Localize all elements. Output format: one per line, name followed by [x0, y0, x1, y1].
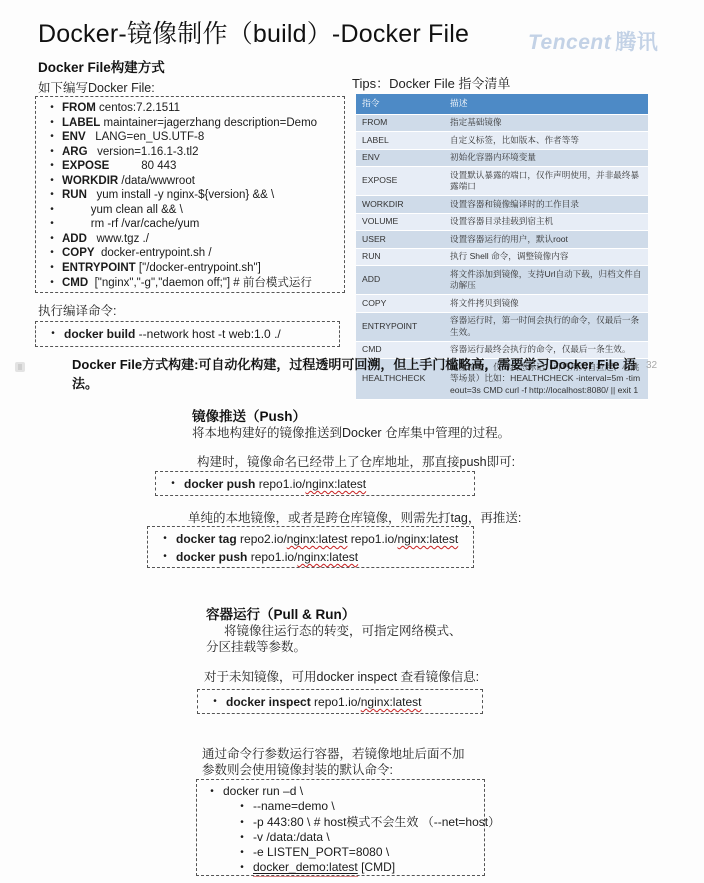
- dockerfile-value: LANG=en_US.UTF-8: [86, 130, 205, 145]
- run-command-line: •-e LISTEN_PORT=8080 \: [201, 845, 480, 860]
- bullet-icon: •: [42, 174, 62, 189]
- table-row: USER设置容器运行的用户，默认root: [356, 231, 648, 249]
- cell-desc: 设置容器目录挂载到宿主机: [444, 213, 648, 231]
- compile-command-label: 执行编译命令:: [38, 301, 116, 319]
- push-section-desc: 将本地构建好的镜像推送到Docker 仓库集中管理的过程。: [192, 423, 510, 441]
- cell-cmd: LABEL: [356, 132, 444, 150]
- dockerfile-value: docker-entrypoint.sh /: [95, 246, 212, 261]
- dockerfile-value: ["/docker-entrypoint.sh"]: [136, 261, 261, 276]
- bullet-icon: •: [42, 217, 62, 232]
- cell-desc: 设置容器运行的用户，默认root: [444, 231, 648, 249]
- table-row: COPY将文件拷贝到镜像: [356, 295, 648, 313]
- section-title: Docker File构建方式: [38, 56, 165, 76]
- command-args: repo2.io/: [237, 530, 287, 548]
- bullet-icon: •: [42, 101, 62, 116]
- bullet-icon: •: [201, 784, 223, 799]
- bullet-icon: •: [42, 261, 62, 276]
- run-command-line: •docker run –d \: [201, 784, 480, 799]
- run-command-line: •-v /data:/data \: [201, 830, 480, 845]
- dockerfile-value: 80 443: [109, 159, 176, 174]
- dockerfile-keyword: FROM: [62, 101, 96, 116]
- command-args: --network host -t web:1.0 ./: [135, 325, 280, 343]
- bullet-icon: •: [231, 799, 253, 814]
- cell-cmd: RUN: [356, 248, 444, 266]
- table-row: ADD将文件添加到镜像，支持Url自动下载，归档文件自动解压: [356, 266, 648, 295]
- build-command-box: •docker build --network host -t web:1.0 …: [35, 321, 340, 347]
- dockerfile-value: rm -rf /var/cache/yum: [62, 217, 199, 232]
- bullet-icon: •: [42, 246, 62, 261]
- push-command: •docker push repo1.io/nginx:latest: [162, 475, 468, 493]
- command-text: --name=demo \: [253, 799, 335, 814]
- bullet-icon: •: [42, 116, 62, 131]
- dockerfile-value: www.tgz ./: [87, 232, 149, 247]
- dockerfile-keyword: RUN: [62, 188, 87, 203]
- bullet-icon: •: [154, 530, 176, 548]
- tencent-logo: Tencent腾讯: [528, 26, 658, 56]
- bullet-icon: •: [42, 276, 62, 291]
- dockerfile-keyword: ARG: [62, 145, 88, 160]
- command-args: repo1.io/: [247, 548, 297, 566]
- dockerfile-line: •EXPOSE 80 443: [42, 159, 338, 174]
- dockerfile-keyword: ADD: [62, 232, 87, 247]
- push-command: •docker push repo1.io/nginx:latest: [154, 548, 467, 566]
- cell-cmd: WORKDIR: [356, 196, 444, 214]
- build-command: •docker build --network host -t web:1.0 …: [42, 325, 333, 343]
- bullet-icon: •: [42, 130, 62, 145]
- dockerfile-keyword: EXPOSE: [62, 159, 109, 174]
- dockerfile-line: • yum clean all && \: [42, 203, 338, 218]
- table-row: WORKDIR设置容器和镜像编译时的工作目录: [356, 196, 648, 214]
- cell-cmd: COPY: [356, 295, 444, 313]
- bullet-icon: •: [204, 693, 226, 711]
- watermark-icon: [15, 362, 25, 372]
- dockerfile-code-box: •FROM centos:7.2.1511 •LABEL maintainer=…: [35, 96, 345, 293]
- dockerfile-intro: 如下编写Docker File:: [38, 78, 155, 96]
- table-row: ENV初始化容器内环境变量: [356, 149, 648, 167]
- push-case1-label: 构建时，镜像命名已经带上了仓库地址，那直接push即可:: [197, 452, 515, 470]
- run-command-box: •docker run –d \ •--name=demo \ •-p 443:…: [196, 779, 485, 876]
- dockerfile-keyword: ENTRYPOINT: [62, 261, 136, 276]
- cell-cmd: USER: [356, 231, 444, 249]
- run-section-desc-line2: 分区挂载等参数。: [206, 637, 306, 655]
- cell-desc: 指定基础镜像: [444, 114, 648, 132]
- dockerfile-keyword: CMD: [62, 276, 88, 291]
- table-row: FROM指定基础镜像: [356, 114, 648, 132]
- dockerfile-keyword: WORKDIR: [62, 174, 118, 189]
- column-header-cmd: 指令: [356, 94, 444, 114]
- bullet-icon: •: [162, 475, 184, 493]
- push-section-heading: 镜像推送（Push）: [192, 405, 306, 425]
- table-row: LABEL自定义标签，比如版本、作者等等: [356, 132, 648, 150]
- dockerfile-keyword: ENV: [62, 130, 86, 145]
- bullet-icon: •: [42, 325, 64, 343]
- dockerfile-line: •CMD ["nginx","-g","daemon off;"] # 前台模式…: [42, 276, 338, 291]
- run-command-line: •--name=demo \: [201, 799, 480, 814]
- tag-push-command-box: •docker tag repo2.io/nginx:latest repo1.…: [147, 526, 474, 568]
- bullet-icon: •: [231, 830, 253, 845]
- bullet-icon: •: [231, 845, 253, 860]
- tips-table-title: Tips：Docker File 指令清单: [352, 73, 510, 92]
- command-text: -v /data:/data \: [253, 830, 330, 845]
- cell-cmd: FROM: [356, 114, 444, 132]
- cell-desc: 自定义标签，比如版本、作者等等: [444, 132, 648, 150]
- dockerfile-line: •ENV LANG=en_US.UTF-8: [42, 130, 338, 145]
- dockerfile-line: •WORKDIR /data/wwwroot: [42, 174, 338, 189]
- slide-summary: Docker File方式构建:可自动化构建，过程透明可回溯，但上手门槛略高，需…: [72, 354, 652, 392]
- inspect-label: 对于未知镜像，可用docker inspect 查看镜像信息:: [204, 667, 479, 685]
- push-case2-label: 单纯的本地镜像，或者是跨仓库镜像，则需先打tag，再推送:: [188, 508, 521, 526]
- dockerfile-value: /data/wwwroot: [118, 174, 195, 189]
- image-tag: nginx:latest: [361, 693, 422, 711]
- bullet-icon: •: [154, 548, 176, 566]
- command-text: docker run –d \: [223, 784, 303, 799]
- tencent-logo-en: Tencent: [528, 31, 611, 54]
- bullet-icon: •: [42, 159, 62, 174]
- run-command-line: •docker_demo:latest [CMD]: [201, 860, 480, 876]
- image-tag: nginx:latest: [397, 530, 458, 548]
- dockerfile-value: maintainer=jagerzhang description=Demo: [100, 116, 317, 131]
- dockerfile-keyword: LABEL: [62, 116, 100, 131]
- command-args: repo1.io/: [255, 475, 305, 493]
- cell-desc: 容器运行时，第一时间会执行的命令，仅最后一条生效。: [444, 312, 648, 341]
- cell-desc: 将文件添加到镜像，支持Url自动下载，归档文件自动解压: [444, 266, 648, 295]
- image-tag: nginx:latest: [305, 475, 366, 493]
- dockerfile-line: •COPY docker-entrypoint.sh /: [42, 246, 338, 261]
- run-section-heading: 容器运行（Pull & Run）: [206, 603, 355, 623]
- page-number: 32: [646, 360, 657, 371]
- dockerfile-keyword: COPY: [62, 246, 95, 261]
- cell-desc: 设置默认暴露的端口，仅作声明使用，并非最终暴露端口: [444, 167, 648, 196]
- image-tag: nginx:latest: [287, 530, 348, 548]
- image-tag: nginx:latest: [297, 548, 358, 566]
- table-row: ENTRYPOINT容器运行时，第一时间会执行的命令，仅最后一条生效。: [356, 312, 648, 341]
- cell-cmd: ADD: [356, 266, 444, 295]
- command-args: repo1.io/: [347, 530, 397, 548]
- run-label-line2: 参数则会使用镜像封装的默认命令:: [202, 760, 393, 778]
- command-text: -p 443:80 \ # host模式不会生效 （--net=host）: [253, 815, 500, 830]
- tencent-logo-cn: 腾讯: [615, 31, 658, 54]
- command-keyword: docker build: [64, 325, 135, 343]
- table-header-row: 指令 描述: [356, 94, 648, 114]
- table-row: VOLUME设置容器目录挂载到宿主机: [356, 213, 648, 231]
- dockerfile-line: •ARG version=1.16.1-3.tl2: [42, 145, 338, 160]
- dockerfile-line: •ENTRYPOINT ["/docker-entrypoint.sh"]: [42, 261, 338, 276]
- dockerfile-value: yum clean all && \: [62, 203, 183, 218]
- image-tag: docker_demo:latest: [253, 860, 358, 876]
- command-keyword: docker tag: [176, 530, 237, 548]
- inspect-command: •docker inspect repo1.io/nginx:latest: [204, 693, 476, 711]
- run-command-line: •-p 443:80 \ # host模式不会生效 （--net=host）: [201, 815, 480, 830]
- page-title: Docker-镜像制作（build）-Docker File: [38, 14, 469, 50]
- dockerfile-value: centos:7.2.1511: [96, 101, 180, 116]
- dockerfile-value: yum install -y nginx-${version} && \: [87, 188, 274, 203]
- command-args: repo1.io/: [311, 693, 361, 711]
- cell-desc: 执行 Shell 命令，调整镜像内容: [444, 248, 648, 266]
- dockerfile-line: • rm -rf /var/cache/yum: [42, 217, 338, 232]
- dockerfile-line: •LABEL maintainer=jagerzhang description…: [42, 116, 338, 131]
- command-keyword: docker push: [176, 548, 247, 566]
- dockerfile-value: version=1.16.1-3.tl2: [88, 145, 199, 160]
- cell-cmd: EXPOSE: [356, 167, 444, 196]
- tag-command: •docker tag repo2.io/nginx:latest repo1.…: [154, 530, 467, 548]
- dockerfile-line: •FROM centos:7.2.1511: [42, 101, 338, 116]
- inspect-command-box: •docker inspect repo1.io/nginx:latest: [197, 689, 483, 714]
- command-text: [CMD]: [358, 860, 395, 876]
- command-keyword: docker push: [184, 475, 255, 493]
- bullet-icon: •: [42, 145, 62, 160]
- dockerfile-line: •RUN yum install -y nginx-${version} && …: [42, 188, 338, 203]
- command-keyword: docker inspect: [226, 693, 311, 711]
- cell-cmd: VOLUME: [356, 213, 444, 231]
- table-row: EXPOSE设置默认暴露的端口，仅作声明使用，并非最终暴露端口: [356, 167, 648, 196]
- column-header-desc: 描述: [444, 94, 648, 114]
- cell-desc: 初始化容器内环境变量: [444, 149, 648, 167]
- bullet-icon: •: [42, 188, 62, 203]
- cell-cmd: ENV: [356, 149, 444, 167]
- command-text: -e LISTEN_PORT=8080 \: [253, 845, 389, 860]
- cell-desc: 将文件拷贝到镜像: [444, 295, 648, 313]
- cell-cmd: ENTRYPOINT: [356, 312, 444, 341]
- bullet-icon: •: [42, 203, 62, 218]
- cell-desc: 设置容器和镜像编译时的工作目录: [444, 196, 648, 214]
- dockerfile-value: ["nginx","-g","daemon off;"] # 前台模式运行: [88, 276, 312, 291]
- bullet-icon: •: [231, 815, 253, 830]
- bullet-icon: •: [42, 232, 62, 247]
- push-command-box: •docker push repo1.io/nginx:latest: [155, 471, 475, 496]
- bullet-icon: •: [231, 860, 253, 876]
- table-row: RUN执行 Shell 命令，调整镜像内容: [356, 248, 648, 266]
- dockerfile-line: •ADD www.tgz ./: [42, 232, 338, 247]
